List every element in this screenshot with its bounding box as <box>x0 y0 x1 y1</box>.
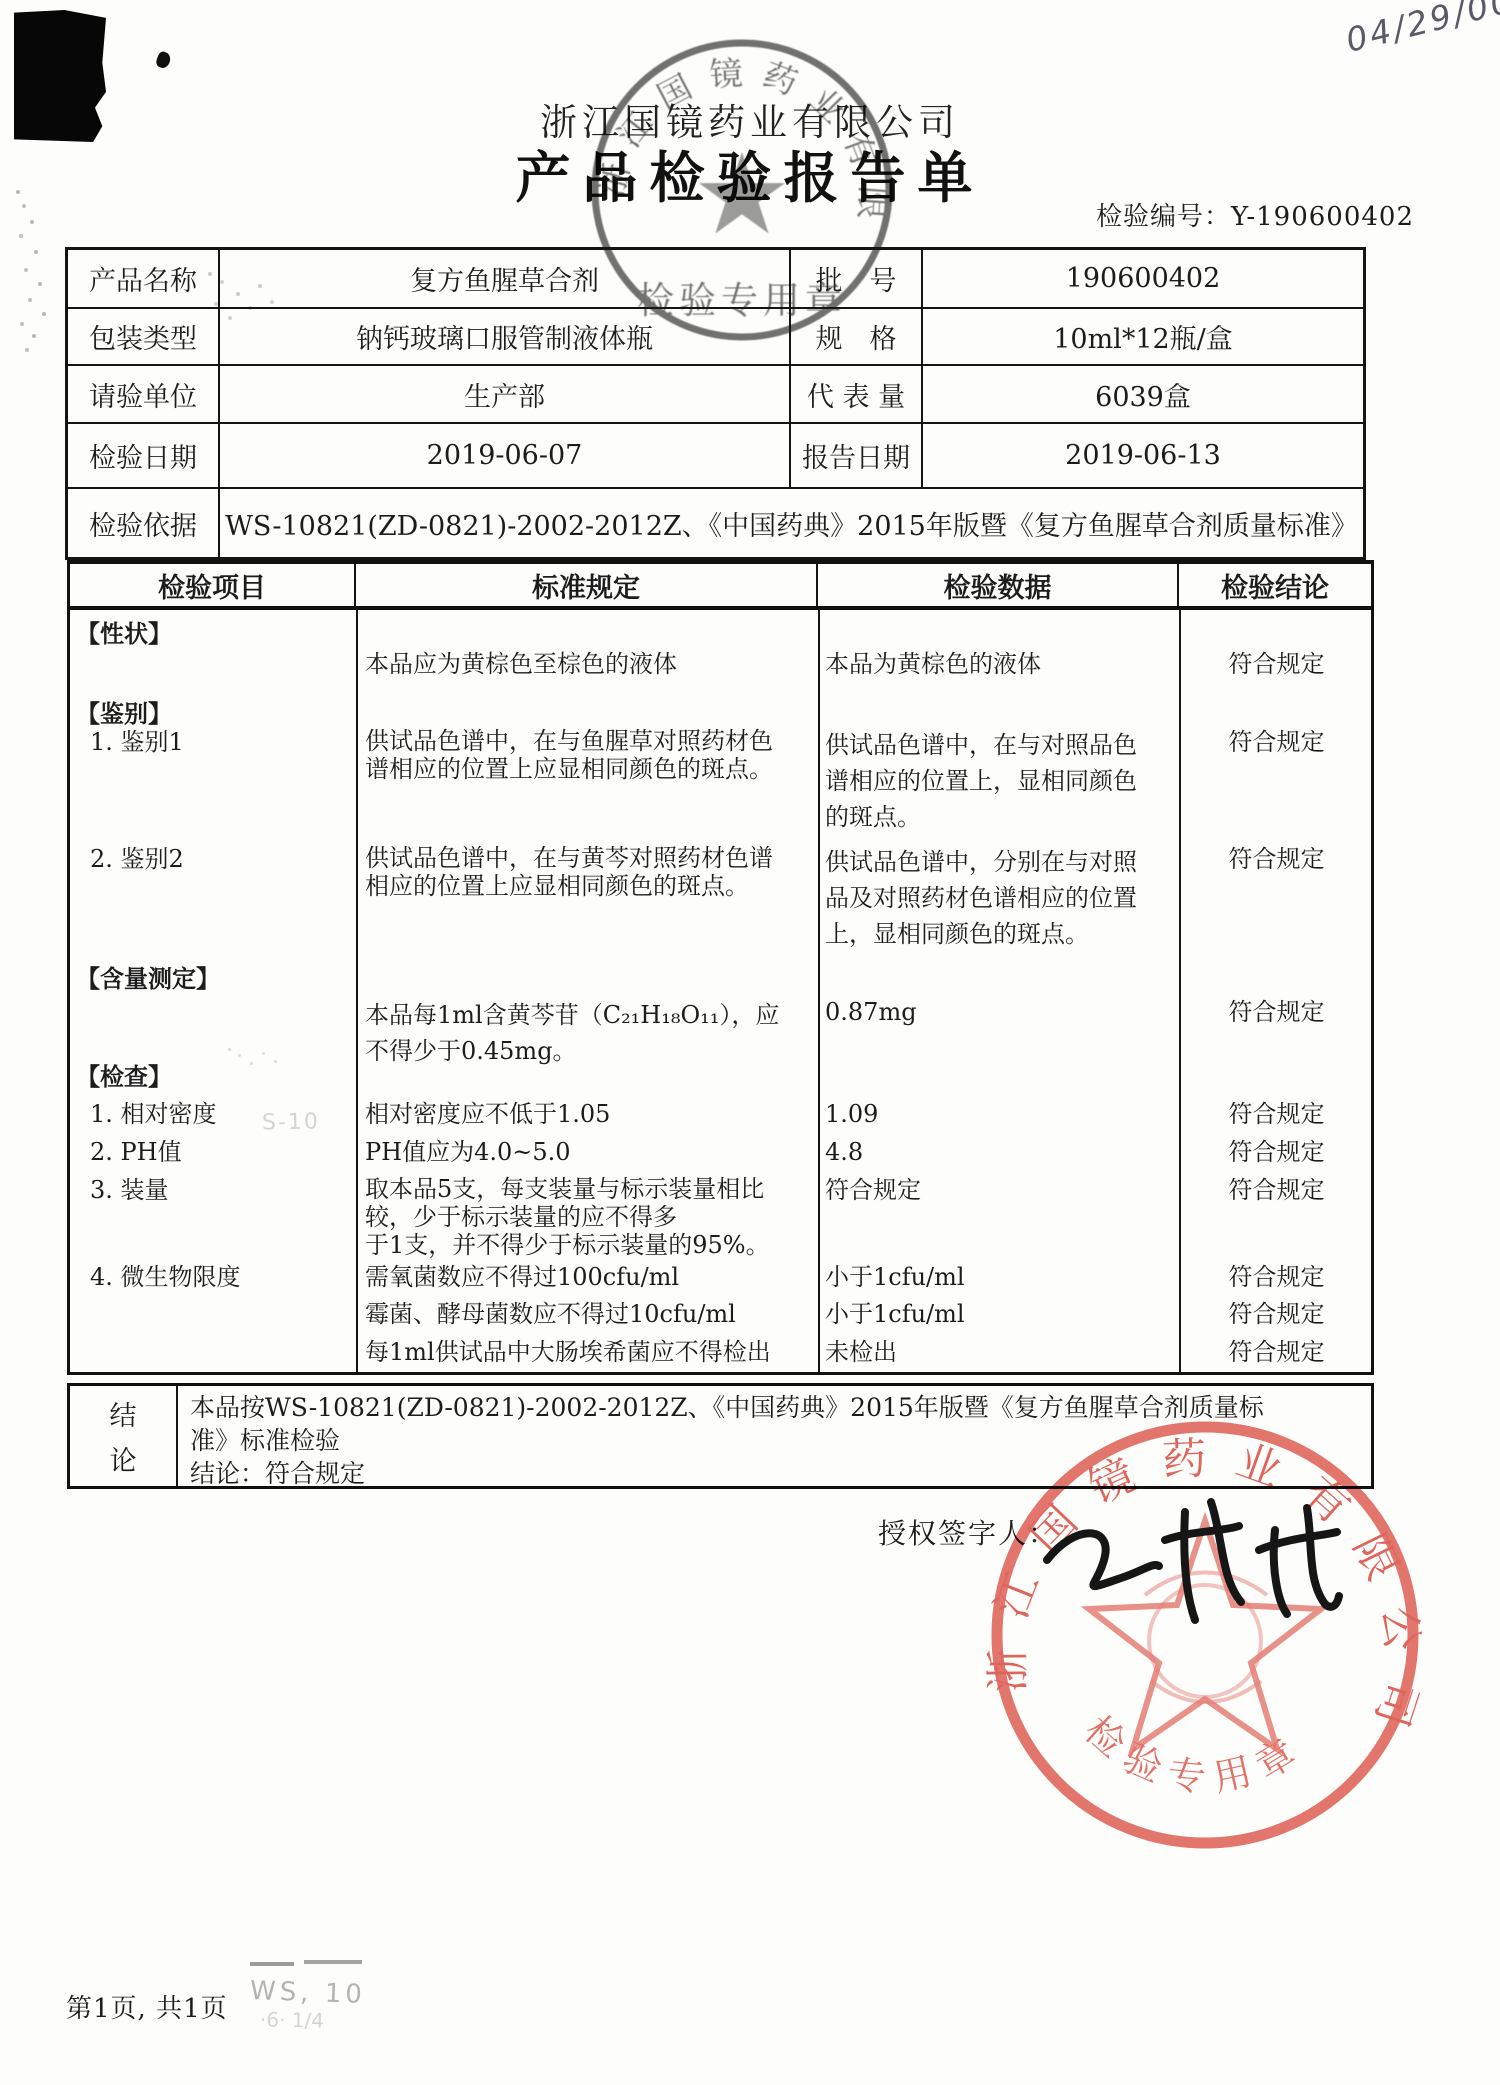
standard-text: 需氧菌数应不得过100cfu/ml <box>365 1262 807 1292</box>
info-value: 钠钙玻璃口服管制液体瓶 <box>220 309 791 366</box>
info-value: 190600402 <box>923 250 1363 309</box>
column-header: 标准规定 <box>356 564 818 606</box>
standard-text: PH值应为4.0~5.0 <box>365 1137 807 1167</box>
info-label: 批 号 <box>791 250 923 309</box>
section-title: 【检查】 <box>76 1062 346 1092</box>
scanned-report-page: 04/29/001 浙江国镜药业有限公司 产品检验报告单 检验编号：Y-1906… <box>0 0 1500 2085</box>
info-value: 2019-06-13 <box>923 424 1363 489</box>
info-label: 检验日期 <box>68 424 220 489</box>
info-label: 检验依据 <box>68 489 220 557</box>
page-number: 第1页, 共1页 <box>66 1988 228 2025</box>
info-value: 10ml*12瓶/盒 <box>923 309 1363 366</box>
standard-text: 供试品色谱中，在与鱼腥草对照药材色 谱相应的位置上应显相同颜色的斑点。 <box>365 727 807 783</box>
standard-text: 每1ml供试品中大肠埃希菌应不得检出 <box>365 1337 807 1367</box>
standard-text: 取本品5支，每支装量与标示装量相比 较，少于标示装量的应不得多 于1支，并不得少… <box>365 1175 807 1259</box>
info-label: 包装类型 <box>68 309 220 366</box>
info-label: 报告日期 <box>791 424 923 489</box>
result-text: 符合规定 <box>1179 1262 1374 1292</box>
column-header: 检验结论 <box>1179 564 1371 606</box>
data-text: 0.87mg <box>825 997 1160 1027</box>
seal-type-text: 检验专用章 <box>1076 1708 1313 1801</box>
standard-text: 本品每1ml含黄芩苷（C₂₁H₁₈O₁₁），应 不得少于0.45mg。 <box>365 997 807 1069</box>
inspection-table-header: 检验项目 标准规定 检验数据 检验结论 <box>70 564 1371 610</box>
result-text: 符合规定 <box>1179 1337 1374 1367</box>
info-value-basis: WS-10821(ZD-0821)-2002-2012Z、《中国药典》2015年… <box>220 489 1363 557</box>
bleedthrough-text: WS, 10 <box>250 1976 367 2010</box>
svg-text:检验专用章: 检验专用章 <box>1076 1708 1313 1801</box>
company-seal-stamp-red: 浙江国镜药业有限公司 检验专用章 <box>985 1413 1429 1863</box>
item-name: 3. 装量 <box>90 1175 352 1205</box>
result-text: 符合规定 <box>1179 649 1374 679</box>
table-divider <box>356 610 358 1372</box>
data-text: 小于1cfu/ml <box>825 1299 1160 1329</box>
info-label: 规 格 <box>791 309 923 366</box>
bleedthrough-mark <box>304 1960 362 1964</box>
standard-text: 本品应为黄棕色至棕色的液体 <box>365 649 807 679</box>
result-text: 符合规定 <box>1179 1099 1374 1129</box>
inspection-table: 检验项目 标准规定 检验数据 检验结论 【性状】 本品应为黄棕色至棕色的液体 本… <box>67 560 1374 1375</box>
result-text: 符合规定 <box>1179 1175 1374 1205</box>
product-info-table: 产品名称 复方鱼腥草合剂 批 号 190600402 包装类型 钠钙玻璃口服管制… <box>65 247 1366 560</box>
report-number: 检验编号：Y-190600402 <box>1096 196 1414 233</box>
section-title: 【含量测定】 <box>76 964 346 994</box>
conclusion-label: 结 论 <box>70 1386 178 1486</box>
result-text: 符合规定 <box>1179 997 1374 1027</box>
standard-text: 霉菌、酵母菌数应不得过10cfu/ml <box>365 1299 807 1329</box>
signature <box>1025 1482 1355 1632</box>
result-text: 符合规定 <box>1179 1299 1374 1329</box>
section-title: 【性状】 <box>76 619 346 649</box>
item-name: 2. PH值 <box>90 1137 352 1167</box>
item-name: 1. 鉴别1 <box>90 727 352 757</box>
section-title: 【鉴别】 <box>76 699 346 729</box>
star-icon: ★ <box>692 130 792 260</box>
info-label: 产品名称 <box>68 250 220 309</box>
bleedthrough-text: ·6· 1/4 <box>260 2007 324 2032</box>
data-text: 本品为黄棕色的液体 <box>825 649 1160 679</box>
item-name: 2. 鉴别2 <box>90 844 352 874</box>
data-text: 小于1cfu/ml <box>825 1262 1160 1292</box>
inspection-table-body: 【性状】 本品应为黄棕色至棕色的液体 本品为黄棕色的液体 符合规定 【鉴别】 1… <box>70 610 1371 1372</box>
data-text: 供试品色谱中，分别在与对照 品及对照药材色谱相应的位置 上，显相同颜色的斑点。 <box>825 844 1160 952</box>
table-divider <box>1179 610 1181 1372</box>
handwritten-note: 04/29/001 <box>1342 0 1500 60</box>
report-number-value: Y-190600402 <box>1231 202 1414 232</box>
info-value: 2019-06-07 <box>220 424 791 489</box>
column-header: 检验项目 <box>70 564 356 606</box>
data-text: 1.09 <box>825 1099 1160 1129</box>
scan-artifact-dot <box>155 50 173 69</box>
standard-text: 供试品色谱中，在与黄芩对照药材色谱 相应的位置上应显相同颜色的斑点。 <box>365 844 807 900</box>
result-text: 符合规定 <box>1179 844 1374 874</box>
info-value: 复方鱼腥草合剂 <box>220 250 791 309</box>
standard-text: 相对密度应不低于1.05 <box>365 1099 807 1129</box>
data-text: 供试品色谱中，在与对照品色 谱相应的位置上，显相同颜色 的斑点。 <box>825 727 1160 835</box>
table-divider <box>818 610 820 1372</box>
bleedthrough-mark <box>250 1962 294 1966</box>
info-label: 请验单位 <box>68 366 220 424</box>
info-value: 6039盒 <box>923 366 1363 424</box>
bleedthrough-text: S-10 <box>262 1109 320 1135</box>
data-text: 4.8 <box>825 1137 1160 1167</box>
info-value: 生产部 <box>220 366 791 424</box>
data-text: 符合规定 <box>825 1175 1160 1205</box>
info-label: 代 表 量 <box>791 366 923 424</box>
column-header: 检验数据 <box>818 564 1179 606</box>
item-name: 4. 微生物限度 <box>90 1262 352 1292</box>
data-text: 未检出 <box>825 1337 1160 1367</box>
result-text: 符合规定 <box>1179 727 1374 757</box>
report-number-label: 检验编号： <box>1096 202 1231 232</box>
result-text: 符合规定 <box>1179 1137 1374 1167</box>
